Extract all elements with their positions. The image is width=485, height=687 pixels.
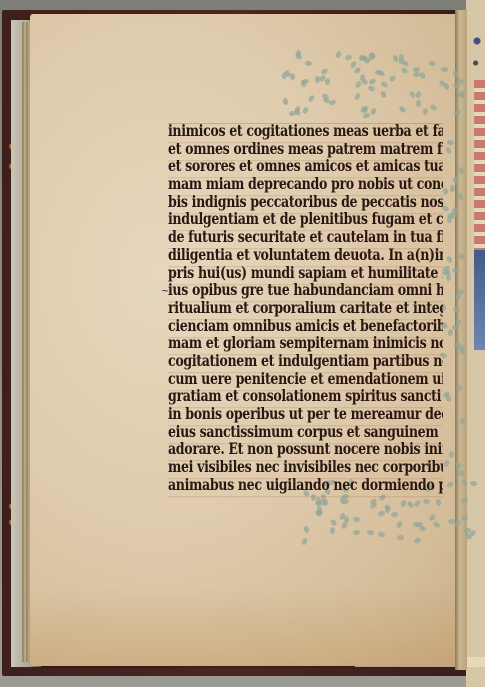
gutter — [455, 10, 467, 670]
marginal-mark: ~ — [161, 286, 169, 297]
text-line: animabus nec uigilando nec dormiendo pro… — [168, 475, 443, 497]
text-column: inimicos et cogitationes meas uerba et f… — [168, 123, 443, 494]
facing-page-blue-border — [474, 250, 485, 350]
facing-page-decoration — [470, 30, 484, 85]
